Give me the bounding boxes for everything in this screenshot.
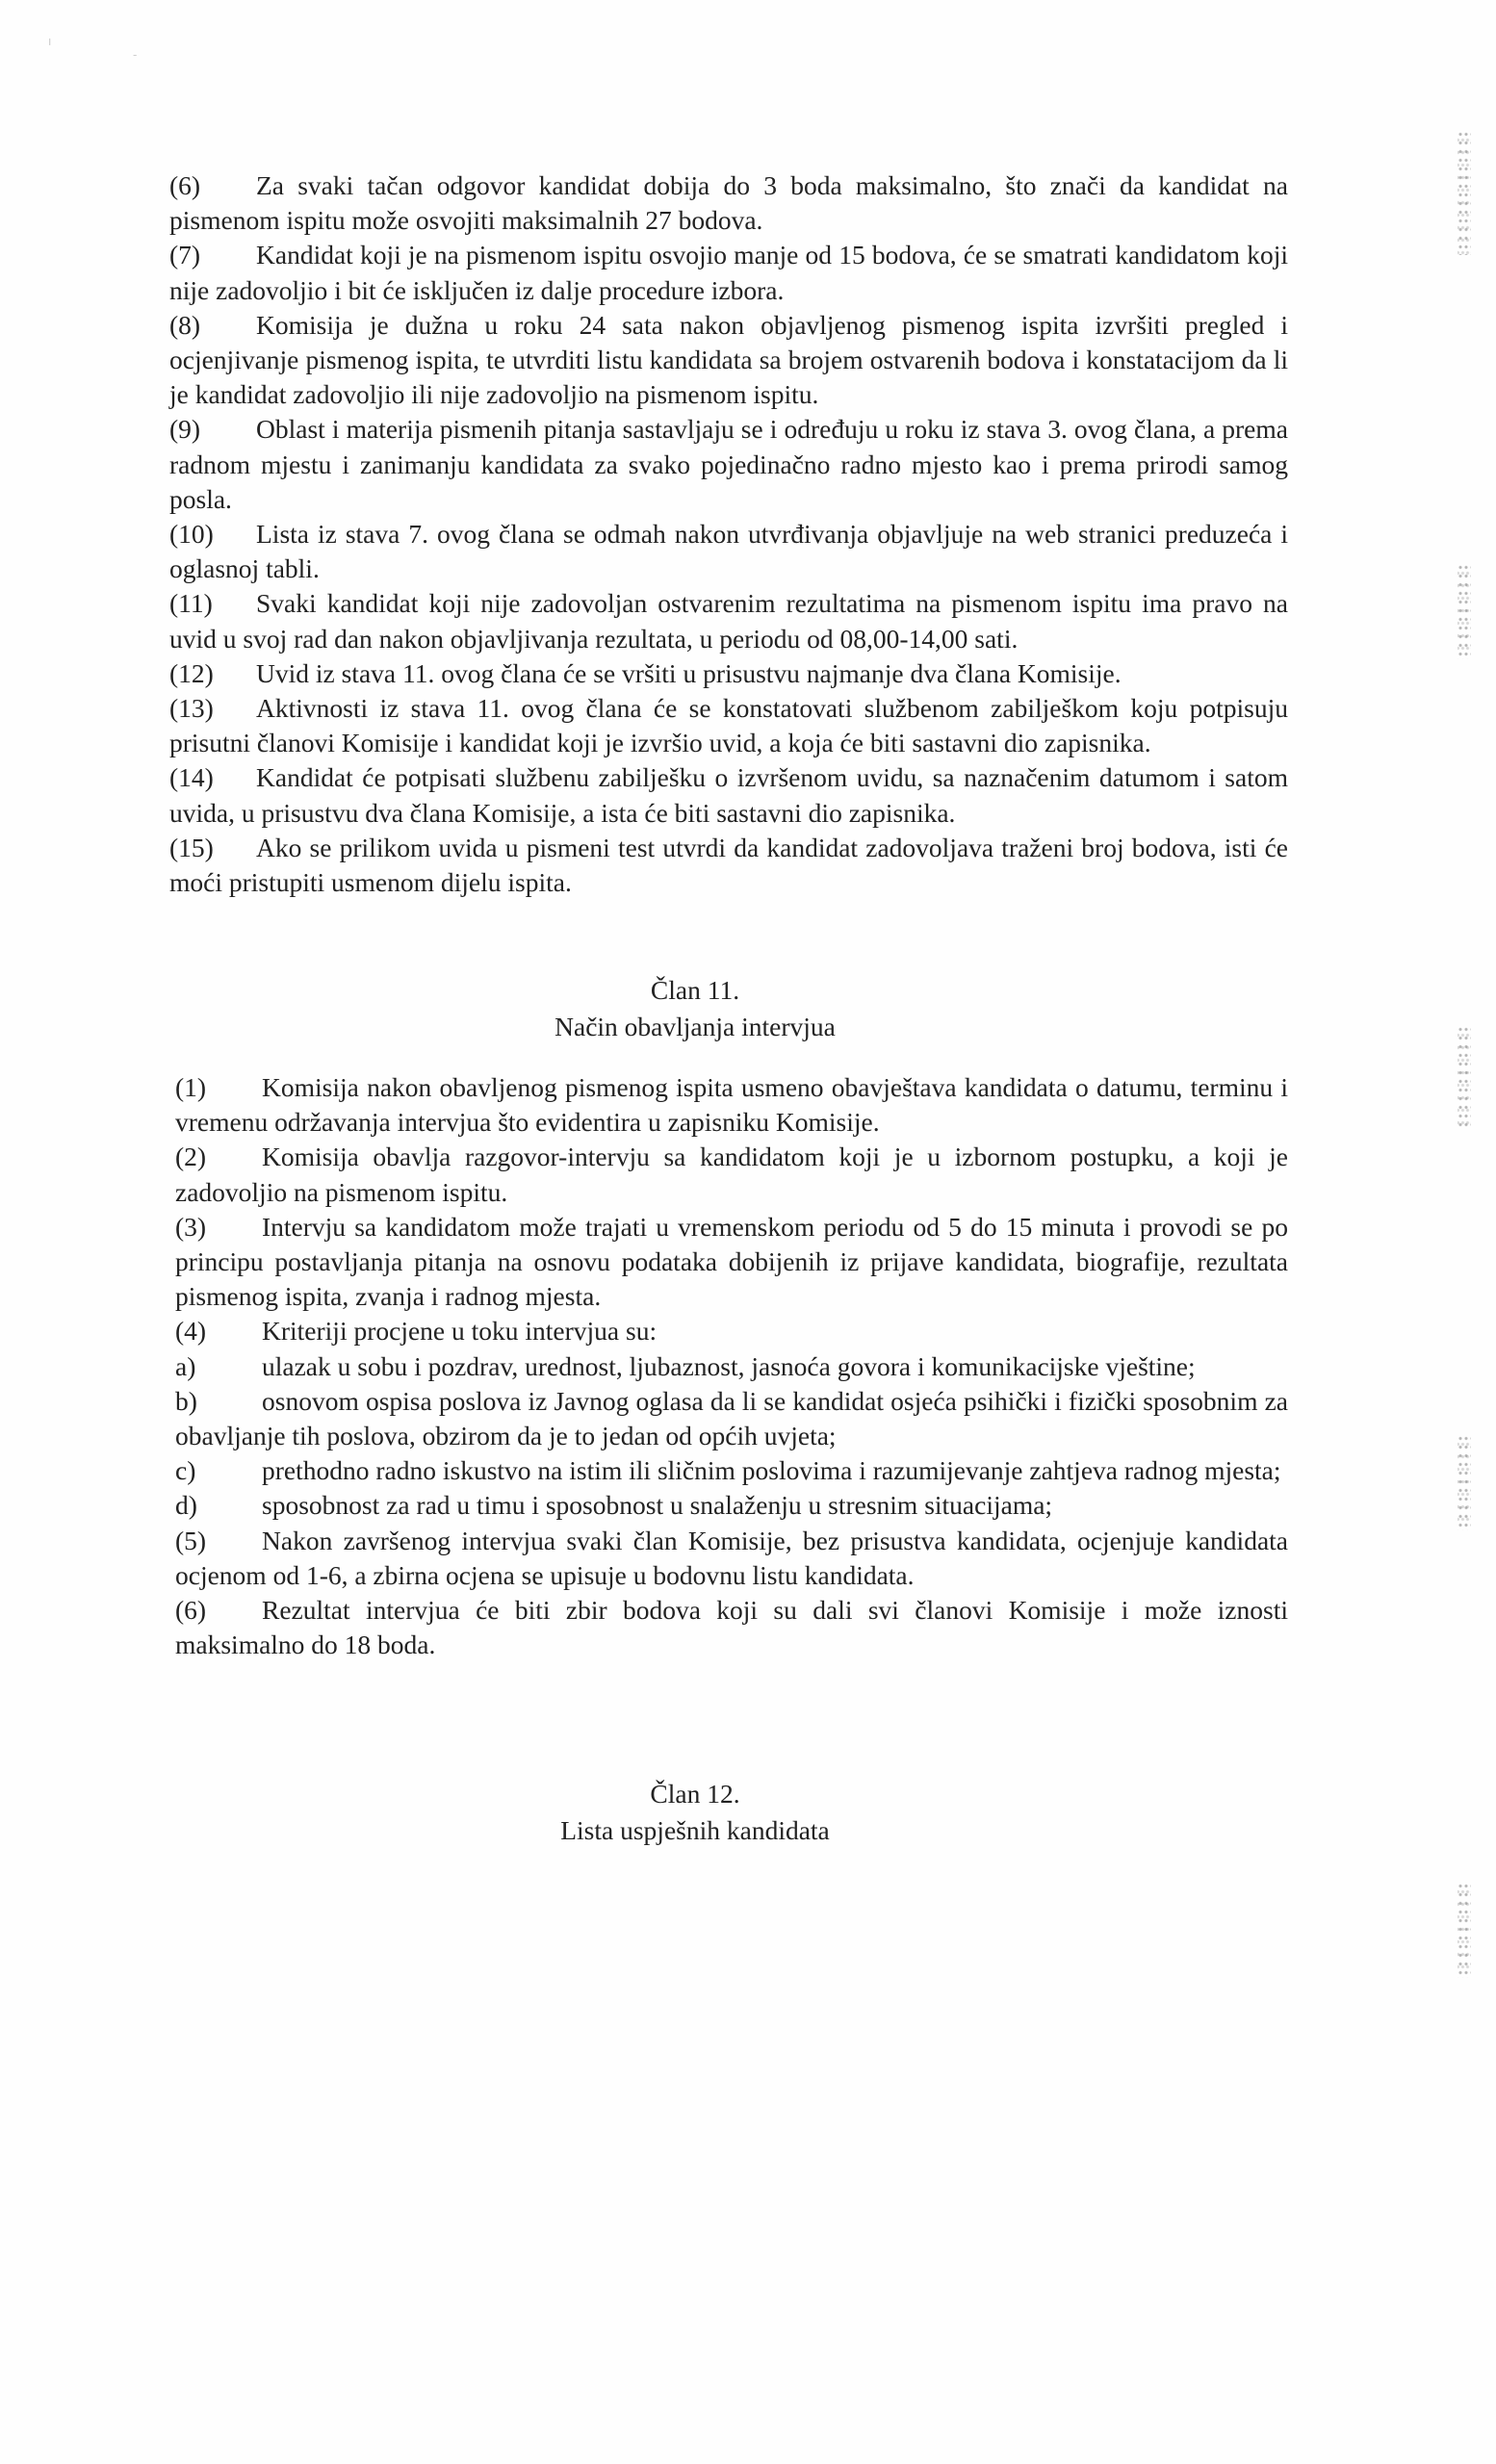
list-text: osnovom ospisa poslova iz Javnog oglasa …: [175, 1386, 1288, 1450]
scanned-page: ı - (6)Za svaki tačan odgovor kandidat d…: [0, 0, 1496, 2464]
paragraph-label: (6): [169, 168, 256, 203]
paragraph-text: Za svaki tačan odgovor kandidat dobija d…: [169, 170, 1288, 235]
list-label: b): [175, 1384, 262, 1419]
paragraph-text: Komisija nakon obavljenog pismenog ispit…: [175, 1072, 1288, 1137]
criterion-b: b)osnovom ospisa poslova iz Javnog oglas…: [175, 1384, 1288, 1453]
paragraph-text: Aktivnosti iz stava 11. ovog člana će se…: [169, 693, 1288, 757]
article-11-body: (1)Komisija nakon obavljenog pismenog is…: [175, 1070, 1288, 1662]
criterion-a: a)ulazak u sobu i pozdrav, urednost, lju…: [175, 1349, 1288, 1384]
article-10-continuation: (6)Za svaki tačan odgovor kandidat dobij…: [169, 168, 1288, 900]
paragraph-6: (6)Za svaki tačan odgovor kandidat dobij…: [169, 168, 1288, 238]
paragraph-label: (6): [175, 1593, 262, 1628]
article-11-paragraph-3: (3)Intervju sa kandidatom može trajati u…: [175, 1210, 1288, 1315]
list-label: c): [175, 1453, 262, 1488]
paragraph-12: (12)Uvid iz stava 11. ovog člana će se v…: [169, 656, 1288, 691]
article-11-title: Član 11.: [0, 972, 1390, 1009]
paragraph-7: (7)Kandidat koji je na pismenom ispitu o…: [169, 238, 1288, 307]
scan-artifact: ı: [48, 35, 51, 48]
paragraph-text: Kandidat će potpisati službenu zabilješk…: [169, 762, 1288, 827]
scan-artifact: [1457, 1882, 1471, 1978]
list-text: sposobnost za rad u timu i sposobnost u …: [262, 1490, 1052, 1520]
paragraph-label: (12): [169, 656, 256, 691]
article-11-paragraph-5: (5)Nakon završenog intervjua svaki član …: [175, 1524, 1288, 1593]
paragraph-9: (9)Oblast i materija pismenih pitanja sa…: [169, 412, 1288, 517]
paragraph-label: (4): [175, 1314, 262, 1348]
paragraph-text: Komisija je dužna u roku 24 sata nakon o…: [169, 310, 1288, 409]
paragraph-text: Nakon završenog intervjua svaki član Kom…: [175, 1526, 1288, 1590]
paragraph-8: (8)Komisija je dužna u roku 24 sata nako…: [169, 308, 1288, 413]
paragraph-10: (10)Lista iz stava 7. ovog člana se odma…: [169, 517, 1288, 586]
list-text: ulazak u sobu i pozdrav, urednost, ljuba…: [262, 1351, 1196, 1381]
article-11-heading: Član 11. Način obavljanja intervjua: [0, 972, 1390, 1045]
article-11-paragraph-4: (4)Kriteriji procjene u toku intervjua s…: [175, 1314, 1288, 1348]
paragraph-13: (13)Aktivnosti iz stava 11. ovog člana ć…: [169, 691, 1288, 760]
article-11-paragraph-6: (6)Rezultat intervjua će biti zbir bodov…: [175, 1593, 1288, 1662]
paragraph-label: (9): [169, 412, 256, 447]
paragraph-label: (1): [175, 1070, 262, 1105]
paragraph-label: (8): [169, 308, 256, 343]
paragraph-text: Svaki kandidat koji nije zadovoljan ostv…: [169, 588, 1288, 653]
criterion-c: c)prethodno radno iskustvo na istim ili …: [175, 1453, 1288, 1488]
article-12-heading: Član 12. Lista uspješnih kandidata: [0, 1776, 1390, 1849]
paragraph-label: (13): [169, 691, 256, 726]
paragraph-text: Rezultat intervjua će biti zbir bodova k…: [175, 1595, 1288, 1659]
paragraph-15: (15)Ako se prilikom uvida u pismeni test…: [169, 831, 1288, 900]
paragraph-text: Kriteriji procjene u toku intervjua su:: [262, 1316, 657, 1346]
list-text: prethodno radno iskustvo na istim ili sl…: [262, 1455, 1281, 1485]
article-12-title: Član 12.: [0, 1776, 1390, 1812]
paragraph-label: (14): [169, 760, 256, 795]
criterion-d: d)sposobnost za rad u timu i sposobnost …: [175, 1488, 1288, 1523]
paragraph-label: (15): [169, 831, 256, 865]
paragraph-text: Uvid iz stava 11. ovog člana će se vršit…: [256, 658, 1122, 688]
paragraph-text: Lista iz stava 7. ovog člana se odmah na…: [169, 519, 1288, 583]
scan-artifact: [1457, 1025, 1471, 1131]
list-label: d): [175, 1488, 262, 1523]
paragraph-label: (7): [169, 238, 256, 272]
paragraph-text: Komisija obavlja razgovor-intervju sa ka…: [175, 1142, 1288, 1206]
article-11-paragraph-1: (1)Komisija nakon obavljenog pismenog is…: [175, 1070, 1288, 1140]
article-11-paragraph-2: (2)Komisija obavlja razgovor-intervju sa…: [175, 1140, 1288, 1209]
list-label: a): [175, 1349, 262, 1384]
article-11-subtitle: Način obavljanja intervjua: [0, 1009, 1390, 1045]
paragraph-text: Kandidat koji je na pismenom ispitu osvo…: [169, 240, 1288, 304]
paragraph-label: (10): [169, 517, 256, 552]
scan-artifact: -: [133, 48, 137, 62]
paragraph-label: (5): [175, 1524, 262, 1558]
paragraph-label: (2): [175, 1140, 262, 1174]
paragraph-label: (11): [169, 586, 256, 621]
paragraph-text: Ako se prilikom uvida u pismeni test utv…: [169, 833, 1288, 897]
scan-artifact: [1457, 1434, 1471, 1530]
paragraph-text: Oblast i materija pismenih pitanja sasta…: [169, 414, 1288, 513]
paragraph-11: (11)Svaki kandidat koji nije zadovoljan …: [169, 586, 1288, 655]
scan-artifact: [1457, 130, 1471, 255]
paragraph-14: (14)Kandidat će potpisati službenu zabil…: [169, 760, 1288, 830]
scan-artifact: [1457, 563, 1471, 659]
paragraph-label: (3): [175, 1210, 262, 1245]
paragraph-text: Intervju sa kandidatom može trajati u vr…: [175, 1212, 1288, 1311]
article-12-subtitle: Lista uspješnih kandidata: [0, 1812, 1390, 1849]
